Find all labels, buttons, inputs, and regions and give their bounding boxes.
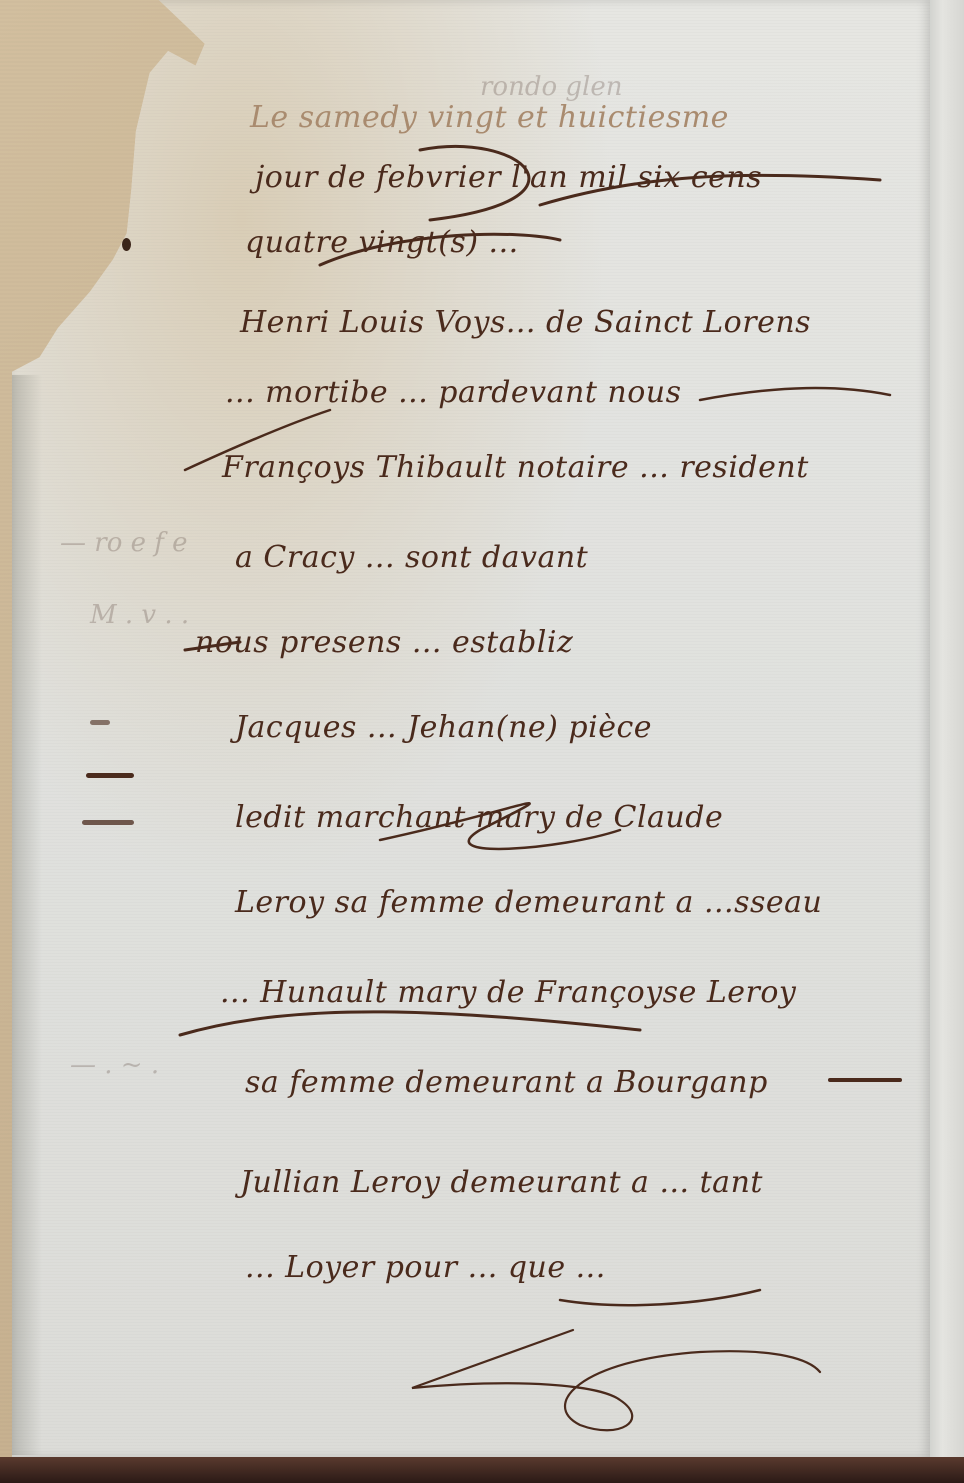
- pen-flourishes: [0, 0, 964, 1483]
- closing-paraph: [412, 1330, 820, 1430]
